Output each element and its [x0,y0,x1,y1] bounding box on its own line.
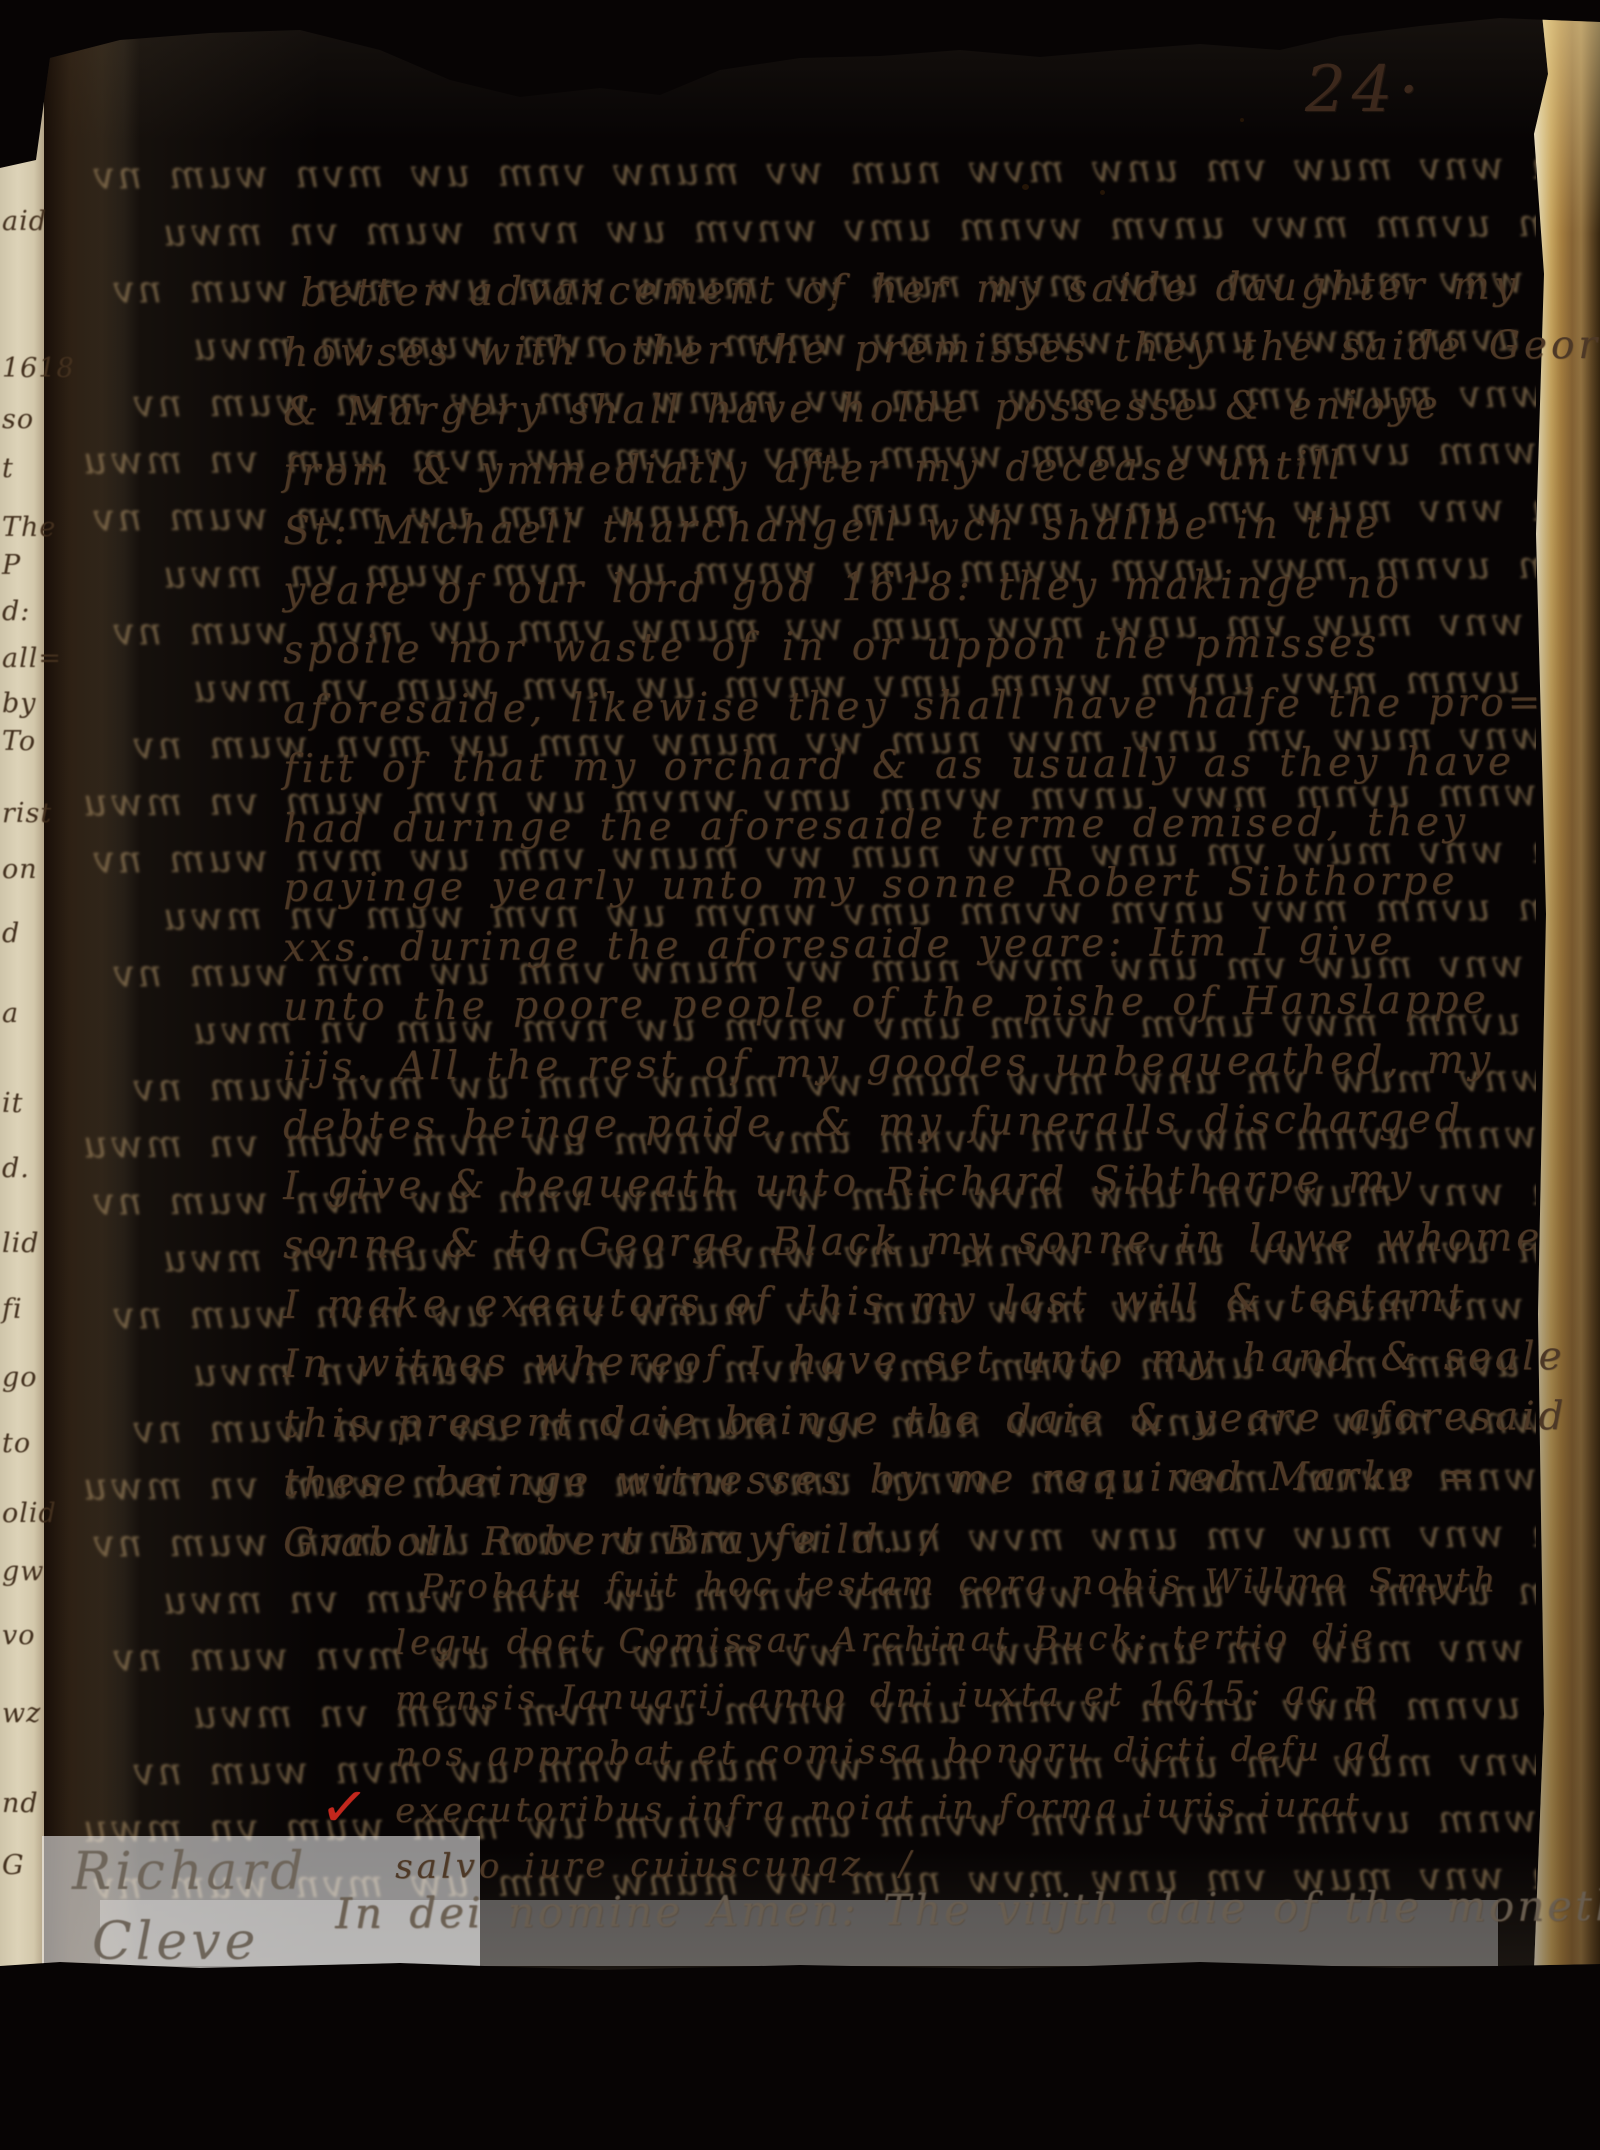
ink-speck [1240,118,1244,122]
probate-line: nos approbat et comissa bonoru dicti def… [395,1732,1394,1772]
manuscript-line: In witnes whereof I have set unto my han… [283,1337,1566,1384]
facing-page-fragment: nd [2,1790,39,1817]
facing-page-fragment: d [2,920,20,947]
probate-line: Probatu fuit hoc testam cora nobis Willm… [420,1563,1499,1604]
facing-page-fragment: vo [2,1622,36,1649]
bleedthrough-line: vnm uw wvm numv wnm uvnm mwv unvm wvnm u… [160,200,1536,251]
manuscript-line: & Margery shall have holde possesse & en… [283,386,1442,432]
facing-page-fragment: to [2,1430,31,1457]
manuscript-line: I make executors of this my last will & … [283,1279,1468,1325]
margin-annotation-line2: Cleve [92,1916,259,1968]
facing-page-fragment: lid [2,1230,40,1257]
manuscript-line: debtes beinge paide, & my funeralls disc… [283,1100,1464,1146]
facing-page-fragment: so [2,406,34,433]
facing-page-fragment: d: [2,598,30,625]
facing-page-fragment: olid [2,1500,57,1527]
manuscript-line: iijs. All the rest of my goodes unbequea… [283,1041,1494,1087]
facing-page-fragment: The [2,514,56,541]
facing-page-fragment: it [2,1090,24,1117]
ink-speck [1100,190,1105,195]
probate-line: executoribus infra noiat in forma iuris … [395,1788,1363,1828]
manuscript-line: these beinge witnesses by me required Ma… [283,1457,1479,1503]
facing-page-fragment: a [2,1000,19,1027]
page-number: 24· [1305,58,1425,122]
bleedthrough-line: mw um nww mv uvm wnv muw vm unw mvw num … [90,143,1536,194]
facing-page-fragment: fi [2,1296,23,1323]
manuscript-line: howses with other the premisses they the… [283,326,1600,373]
manuscript-line: this present daie beinge the daie & year… [283,1397,1568,1444]
manuscript-line: Graboll Robert Brayfeild. / [283,1520,940,1563]
facing-page-sliver [0,0,44,1970]
probate-line: legu doct Comissar Archinat Buck: tertio… [395,1620,1377,1660]
facing-page-fragment: aid [2,208,47,235]
probate-line: salvo iure cuiuscunqz. / [395,1847,915,1884]
facing-page-fragment: d. [2,1155,30,1182]
facing-page-fragment: t [2,455,14,482]
facing-page-fragment: wz [2,1700,41,1727]
manuscript-line: unto the poore people of the pishe of Ha… [283,981,1490,1027]
facing-page-fragment: rist [2,800,52,827]
facing-page-fragment: by [2,690,37,717]
next-will-opening-line: In dei nomine Amen: The viijth daie of t… [335,1885,1600,1935]
manuscript-photo: mw um nww mv uvm wnv muw vm unw mvw num … [0,0,1600,1970]
manuscript-line: from & ymmediatly after my decease until… [283,447,1345,492]
manuscript-line: St: Michaell tharchangell wch shallbe in… [283,505,1382,551]
manuscript-line: fitt of that my orchard & as usually as … [283,742,1515,789]
manuscript-line: payinge yearly unto my sonne Robert Sibt… [283,862,1459,908]
manuscript-line: better advancement of her my saide daugh… [300,267,1520,313]
manuscript-line: aforesaide, likewise they shall have hal… [283,683,1544,730]
facing-page-fragment: go [2,1364,38,1391]
margin-annotation-line1: Richard [72,1846,308,1898]
facing-page-fragment: G [2,1852,25,1879]
ink-speck [1022,184,1029,190]
manuscript-line: sonne & to George Black my sonne in lawe… [283,1218,1543,1265]
facing-page-fragment: 1618 [2,355,75,382]
probate-line: mensis Januarij anno dni iuxta et 1615: … [395,1676,1379,1716]
facing-page-fragment: P [2,552,21,579]
archive-scan-viewport: { "document": { "page_number": "24·", "w… [0,0,1600,2150]
facing-page-fragment: all= [2,645,62,672]
manuscript-line: had duringe the aforesaide terme demised… [283,803,1469,849]
manuscript-line: xxs. duringe the aforesaide yeare: Itm I… [283,922,1397,968]
facing-page-fragment: gw [2,1558,44,1585]
ink-speck [832,300,836,304]
check-mark: ✓ [317,1776,371,1839]
facing-page-fragment: on [2,856,38,883]
manuscript-line: I give & bequeath unto Richard Sibthorpe… [283,1160,1415,1206]
manuscript-line: yeare of our lord god 1618: they makinge… [283,565,1403,611]
manuscript-line: spoile nor waste of in or uppon the pmis… [283,624,1380,670]
facing-page-fragment: To [2,728,36,755]
